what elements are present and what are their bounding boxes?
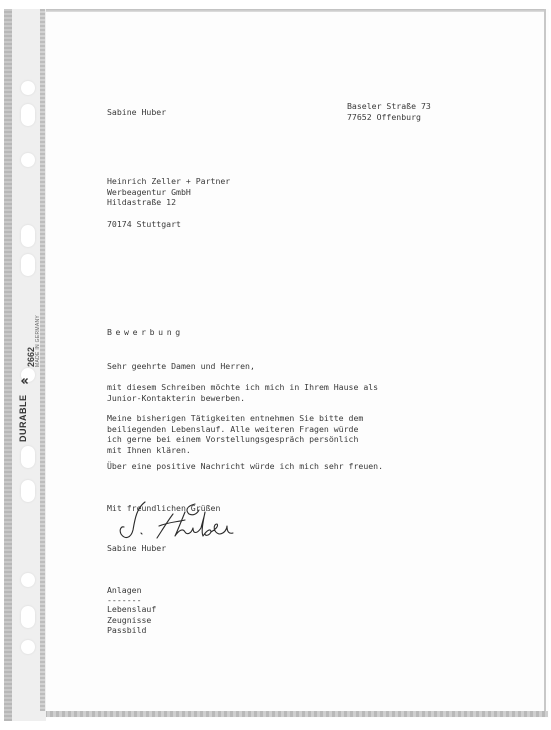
enclosure-item: Zeugnisse: [107, 615, 156, 626]
recipient-line: Heinrich Zeller + Partner: [107, 176, 230, 187]
signer-name: Sabine Huber: [107, 543, 166, 554]
sender-address: Baseler Straße 7377652 Offenburg: [347, 101, 431, 122]
body-line: Über eine positive Nachricht würde ich m…: [107, 461, 383, 472]
recipient-line: Werbeagentur GmbH: [107, 187, 230, 198]
body-line: Meine bisherigen Tätigkeiten entnehmen S…: [107, 413, 363, 424]
body-paragraph: mit diesem Schreiben möchte ich mich in …: [107, 382, 378, 403]
body-line: mit Ihnen klären.: [107, 445, 363, 456]
body-line: ich gerne bei einem Vorstellungsgespräch…: [107, 434, 363, 445]
sender-street: Baseler Straße 73: [347, 101, 431, 112]
enclosure-item: Lebenslauf: [107, 604, 156, 615]
recipient-address: Heinrich Zeller + PartnerWerbeagentur Gm…: [107, 176, 230, 208]
enclosure-item: Passbild: [107, 625, 156, 636]
handwritten-signature-icon: [115, 500, 235, 542]
salutation: Sehr geehrte Damen und Herren,: [107, 361, 255, 372]
enclosures-list: LebenslaufZeugnissePassbild: [107, 604, 156, 636]
enclosures-title: Anlagen: [107, 585, 142, 596]
body-line: beiliegenden Lebenslauf. Alle weiteren F…: [107, 424, 363, 435]
recipient-city: 70174 Stuttgart: [107, 219, 181, 230]
body-paragraph: Über eine positive Nachricht würde ich m…: [107, 461, 383, 472]
recipient-line: Hildastraße 12: [107, 197, 230, 208]
letter-subject: Bewerbung: [107, 327, 184, 338]
sender-city: 77652 Offenburg: [347, 112, 431, 123]
application-letter: Sabine Huber Baseler Straße 7377652 Offe…: [0, 0, 551, 730]
body-paragraph: Meine bisherigen Tätigkeiten entnehmen S…: [107, 413, 363, 455]
sender-name: Sabine Huber: [107, 107, 166, 118]
body-line: Junior-Kontakterin bewerben.: [107, 393, 378, 404]
body-line: mit diesem Schreiben möchte ich mich in …: [107, 382, 378, 393]
